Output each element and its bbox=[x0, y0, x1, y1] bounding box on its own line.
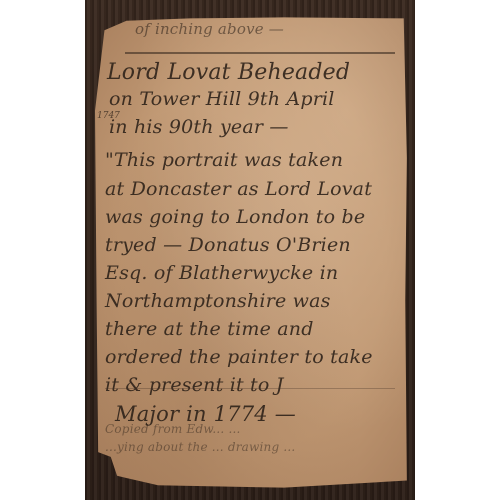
header-line: of inching above — bbox=[135, 20, 284, 38]
faded-line-1: Copied from Edw... ... bbox=[105, 422, 241, 436]
line-7: tryed — Donatus O'Brien bbox=[105, 234, 351, 256]
line-12: it & present it to J bbox=[105, 374, 284, 396]
line-1: Lord Lovat Beheaded bbox=[107, 60, 350, 85]
line-9: Northamptonshire was bbox=[105, 290, 331, 312]
header-underline bbox=[125, 52, 395, 54]
line-4: "This portrait was taken bbox=[105, 149, 343, 171]
line-6: was going to London to be bbox=[105, 206, 365, 228]
manuscript-text: of inching above — Lord Lovat Beheaded 1… bbox=[95, 16, 410, 490]
line-10: there at the time and bbox=[105, 318, 314, 340]
line-2: on Tower Hill 9th April bbox=[109, 88, 335, 110]
bottom-rule bbox=[105, 388, 395, 389]
line-11: ordered the painter to take bbox=[105, 346, 373, 368]
manuscript-paper: of inching above — Lord Lovat Beheaded 1… bbox=[95, 16, 410, 490]
line-8: Esq. of Blatherwycke in bbox=[105, 262, 338, 284]
line-5: at Doncaster as Lord Lovat bbox=[105, 178, 372, 200]
faded-line-2: ...ying about the ... drawing ... bbox=[105, 440, 295, 454]
line-3: in his 90th year — bbox=[109, 116, 289, 138]
